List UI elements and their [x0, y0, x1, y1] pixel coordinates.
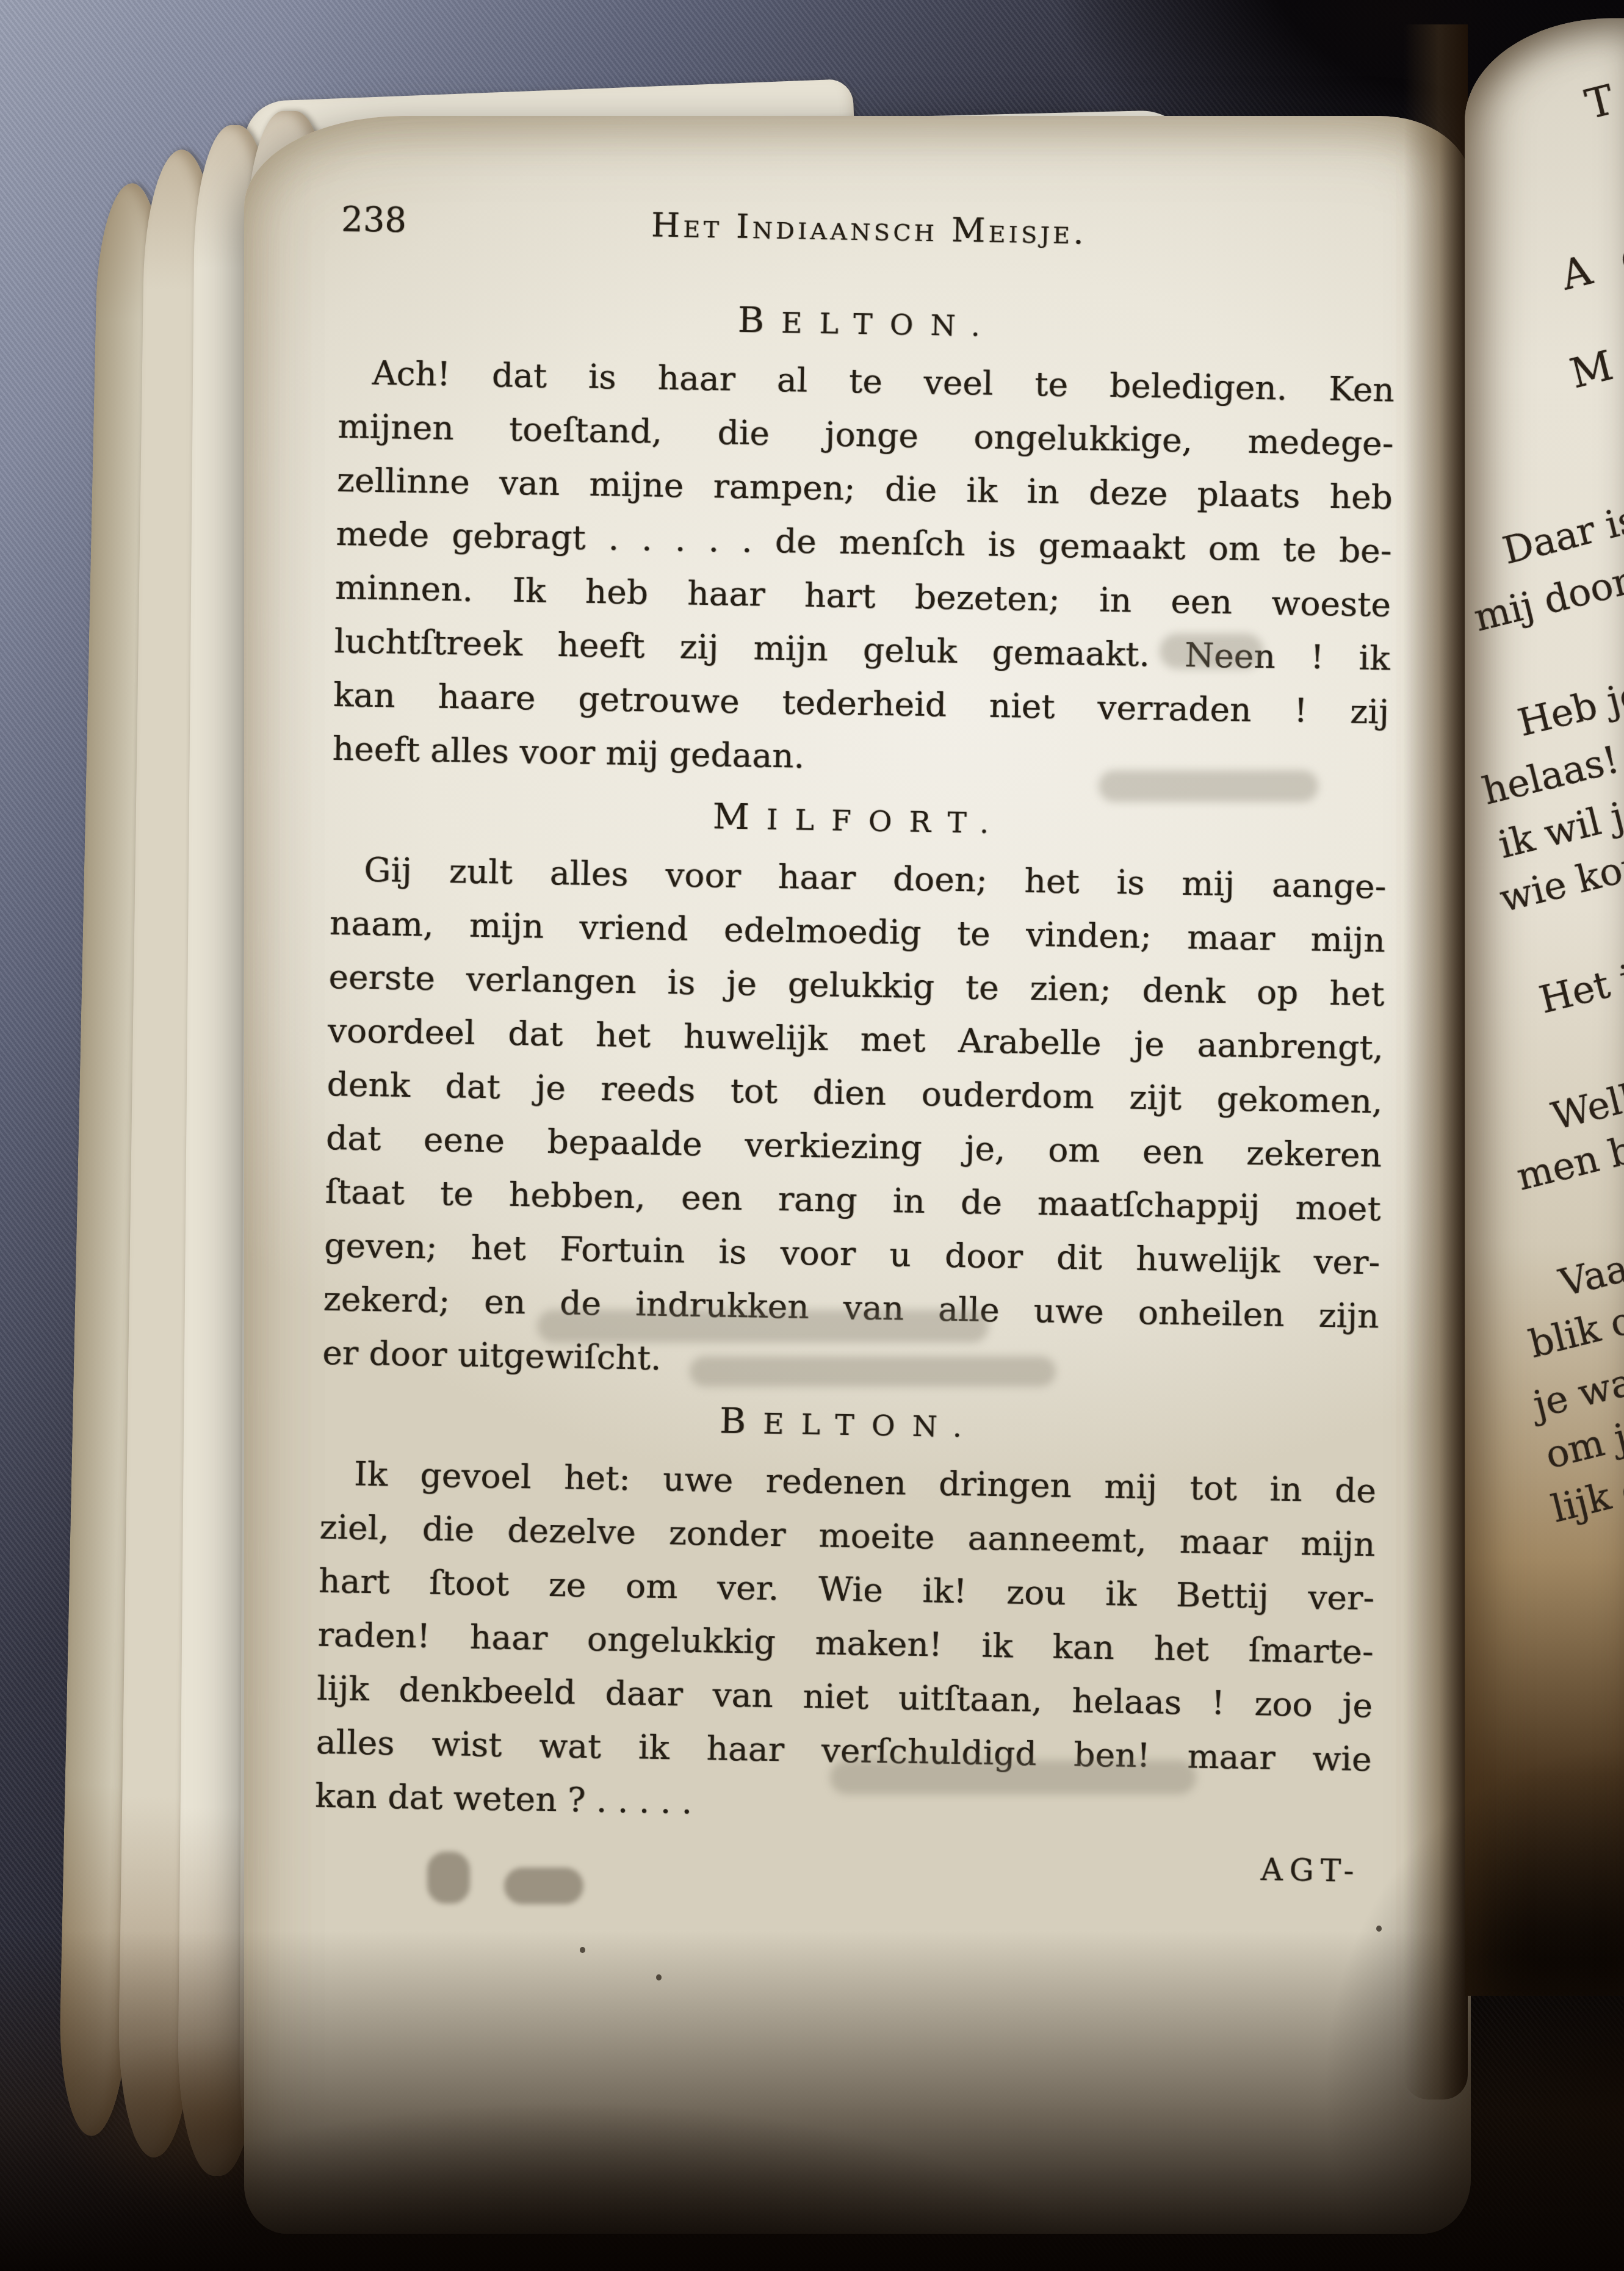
- speaker-heading: BELTON.: [321, 1387, 1377, 1459]
- paper-speck: [656, 1974, 662, 1980]
- catchword: AGT-: [314, 1827, 1370, 1899]
- speaker-heading: BELTON.: [339, 286, 1396, 358]
- ink-mark: [504, 1868, 583, 1904]
- page-number: 238: [341, 189, 407, 251]
- right-page-text-fragment: om j: [1541, 1414, 1624, 1478]
- page-header: 238 Het Indiaansch Meisje.: [341, 189, 1397, 268]
- right-page-text-fragment: blik ov: [1525, 1292, 1624, 1366]
- text-sections: BELTON.Ach! dat is haar al te veel te be…: [315, 286, 1396, 1840]
- right-page-text-fragment: To: [1581, 66, 1624, 129]
- gutter-shadow: [1404, 24, 1468, 2100]
- book-photograph: 238 Het Indiaansch Meisje. BELTON.Ach! d…: [0, 0, 1624, 2271]
- right-page-text-fragment: Heb je: [1514, 671, 1624, 745]
- ink-bleed-smudge: [690, 1356, 1056, 1387]
- right-page-text-fragment: Daar is z: [1498, 489, 1624, 573]
- paper-speck: [580, 1947, 585, 1953]
- paper-speck: [1376, 1926, 1382, 1932]
- running-title: Het Indiaansch Meisje.: [651, 206, 1088, 251]
- ink-bleed-smudge: [537, 1310, 989, 1343]
- right-page-text-fragment: Vaa: [1555, 1246, 1624, 1305]
- right-page-text-fragment: Het is: [1535, 951, 1624, 1022]
- ink-bleed-smudge: [830, 1760, 1196, 1794]
- left-page: 238 Het Indiaansch Meisje. BELTON.Ach! d…: [244, 116, 1471, 2234]
- right-page-text-fragment: Welk: [1547, 1073, 1624, 1139]
- paragraph: Ach! dat is haar al te veel te beledigen…: [332, 345, 1395, 793]
- ink-mark: [427, 1852, 470, 1904]
- right-page-text-fragment: M I: [1565, 328, 1624, 398]
- ink-bleed-smudge: [1160, 634, 1263, 669]
- text-block: 238 Het Indiaansch Meisje. BELTON.Ach! d…: [314, 189, 1398, 1898]
- ink-bleed-smudge: [1099, 770, 1318, 802]
- right-page-text-fragment: A G: [1556, 229, 1624, 300]
- right-page: ToA GM IDaar is zmij door hHeb jehelaas!…: [1465, 18, 1624, 1996]
